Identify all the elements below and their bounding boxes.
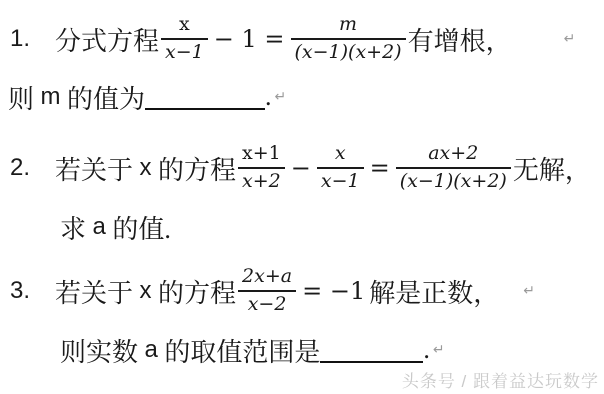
variable-m: m	[41, 83, 61, 111]
line-text: 求	[60, 209, 93, 246]
variable-x: x	[140, 154, 152, 182]
fraction-ax-plus-2-over-product: ax+2 (x−1)(x+2)	[396, 143, 511, 193]
return-mark-icon: ↵	[275, 89, 287, 105]
fraction-denominator: x−2	[238, 292, 296, 316]
problem-3-lead-text: 的方程	[152, 273, 237, 310]
problem-3-number: 3.	[10, 277, 55, 305]
fraction-numerator: m	[291, 14, 406, 40]
problem-1-number: 1.	[10, 25, 55, 53]
problem-1-lead-text: 分式方程	[55, 21, 159, 58]
problem-3-tail-text: 解是正数，	[369, 273, 499, 310]
answer-blank-line	[145, 84, 265, 110]
fraction-denominator: x+2	[238, 169, 285, 193]
problem-2-line-1: 2. 若关于 x 的方程 x+1 x+2 − x x−1 = ax+2 (x−1…	[10, 139, 591, 197]
line-text: 的值.	[106, 209, 171, 246]
fraction-x-plus-1-over-x-plus-2: x+1 x+2	[238, 143, 285, 193]
fraction-numerator: ax+2	[396, 143, 511, 169]
fraction-x-over-x-minus-1: x x−1	[317, 143, 364, 193]
variable-x: x	[140, 277, 152, 305]
operator-equals: =	[370, 154, 390, 182]
worksheet-page: 1. 分式方程 x x−1 − 1 = m (x−1)(x+2) 有增根， ↵ …	[0, 0, 604, 394]
problem-1-line-2: 则 m 的值为 . ↵	[8, 82, 286, 112]
fraction-numerator: 2x+a	[238, 266, 296, 292]
operator-equals-minus-1: = −1	[302, 277, 365, 305]
answer-blank-line	[320, 337, 423, 363]
line-text: 的取值范围是	[158, 332, 321, 369]
line-text: 则	[8, 79, 41, 116]
fraction-numerator: x	[317, 143, 364, 169]
problem-1-tail-text: 有增根，	[408, 21, 512, 58]
fraction-denominator: (x−1)(x+2)	[396, 169, 511, 193]
problem-2-lead-text: 的方程	[152, 150, 237, 187]
period: .	[423, 335, 430, 365]
fraction-2x-plus-a-over-x-minus-2: 2x+a x−2	[238, 266, 296, 316]
problem-3-line-1: 3. 若关于 x 的方程 2x+a x−2 = −1 解是正数， ↵	[10, 262, 535, 320]
return-mark-icon: ↵	[433, 342, 445, 358]
problem-1-line-1: 1. 分式方程 x x−1 − 1 = m (x−1)(x+2) 有增根， ↵	[10, 10, 575, 68]
operator-minus: −	[291, 154, 311, 182]
problem-3-line-2: 则实数 a 的取值范围是 . ↵	[60, 334, 445, 366]
line-text: 的值为	[61, 79, 146, 116]
return-mark-icon: ↵	[564, 31, 576, 47]
problem-3-lead-text: 若关于	[55, 273, 140, 310]
watermark-text: 头条号 / 跟着益达玩数学	[402, 367, 599, 392]
variable-a: a	[93, 213, 106, 241]
period: .	[265, 82, 272, 112]
fraction-numerator: x+1	[238, 143, 285, 169]
return-mark-icon: ↵	[523, 283, 535, 299]
fraction-x-over-x-minus-1: x x−1	[161, 14, 208, 64]
fraction-m-over-product: m (x−1)(x+2)	[291, 14, 406, 64]
line-text: 则实数	[60, 332, 145, 369]
variable-a: a	[145, 336, 158, 364]
problem-2-tail-text: 无解，	[513, 150, 591, 187]
operator-minus-1-equals: − 1 =	[214, 25, 285, 53]
fraction-denominator: (x−1)(x+2)	[291, 40, 406, 64]
fraction-numerator: x	[161, 14, 208, 40]
fraction-denominator: x−1	[161, 40, 208, 64]
fraction-denominator: x−1	[317, 169, 364, 193]
problem-2-number: 2.	[10, 154, 55, 182]
problem-2-line-2: 求 a 的值.	[60, 212, 171, 242]
problem-2-lead-text: 若关于	[55, 150, 140, 187]
